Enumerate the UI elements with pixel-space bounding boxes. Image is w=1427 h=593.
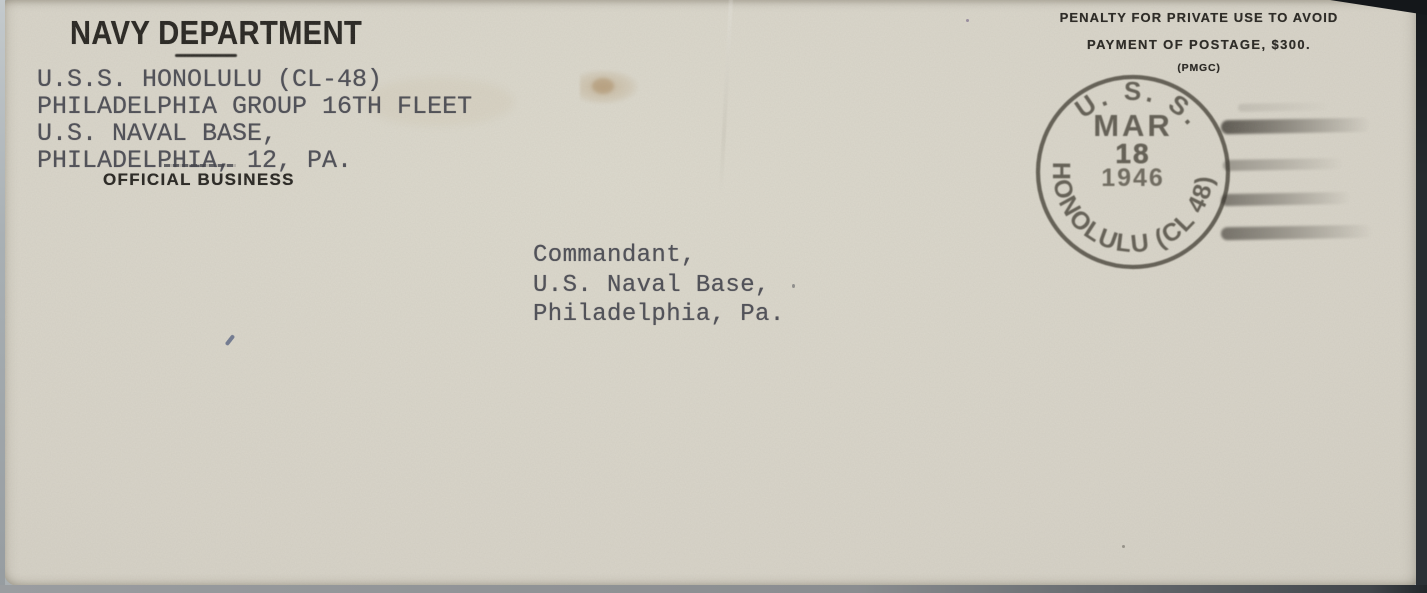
postmark-year: 1946 [1101, 164, 1165, 192]
ink-speck [966, 19, 969, 22]
pen-mark [225, 334, 235, 346]
cancellation-bar [1221, 225, 1373, 241]
penalty-line-1: PENALTY FOR PRIVATE USE TO AVOID [1040, 10, 1358, 25]
navy-department-heading: NAVY DEPARTMENT [70, 14, 362, 52]
typed-underline [164, 164, 236, 167]
ink-speck [1122, 545, 1125, 548]
cancellation-bar [1238, 102, 1330, 112]
recipient-address-block: Commandant, U.S. Naval Base, Philadelphi… [533, 241, 785, 330]
recipient-line: Philadelphia, Pa. [533, 300, 785, 330]
penalty-line-2: PAYMENT OF POSTAGE, $300. [1040, 37, 1358, 52]
postmark-stamp: U. S. S. HONOLULU (CL 48) MAR 18 1946 [1033, 72, 1233, 272]
scan-background-edge [0, 585, 1427, 593]
return-address-block: U.S.S. HONOLULU (CL-48) PHILADELPHIA GRO… [37, 66, 472, 174]
recipient-line: Commandant, [533, 241, 785, 271]
envelope-front: NAVY DEPARTMENT U.S.S. HONOLULU (CL-48) … [4, 0, 1417, 586]
scan-background-edge [0, 0, 5, 593]
scan-background-edge [1416, 0, 1427, 593]
heading-rule [175, 54, 237, 57]
recipient-line: U.S. Naval Base, [533, 271, 785, 301]
return-address-line: U.S.S. HONOLULU (CL-48) [37, 66, 472, 93]
return-address-line: PHILADELPHIA GROUP 16TH FLEET [37, 93, 472, 120]
paper-crease [719, 0, 733, 194]
return-address-line: U.S. NAVAL BASE, [37, 120, 472, 147]
penalty-notice: PENALTY FOR PRIVATE USE TO AVOID PAYMENT… [1040, 10, 1358, 74]
ink-speck [792, 284, 795, 288]
cancellation-bar [1223, 158, 1343, 171]
cancellation-bar [1221, 192, 1351, 206]
scanned-envelope-photo: NAVY DEPARTMENT U.S.S. HONOLULU (CL-48) … [0, 0, 1427, 593]
cancellation-bar [1221, 118, 1371, 135]
official-business-label: OFFICIAL BUSINESS [103, 170, 295, 190]
paper-stain [592, 78, 614, 94]
